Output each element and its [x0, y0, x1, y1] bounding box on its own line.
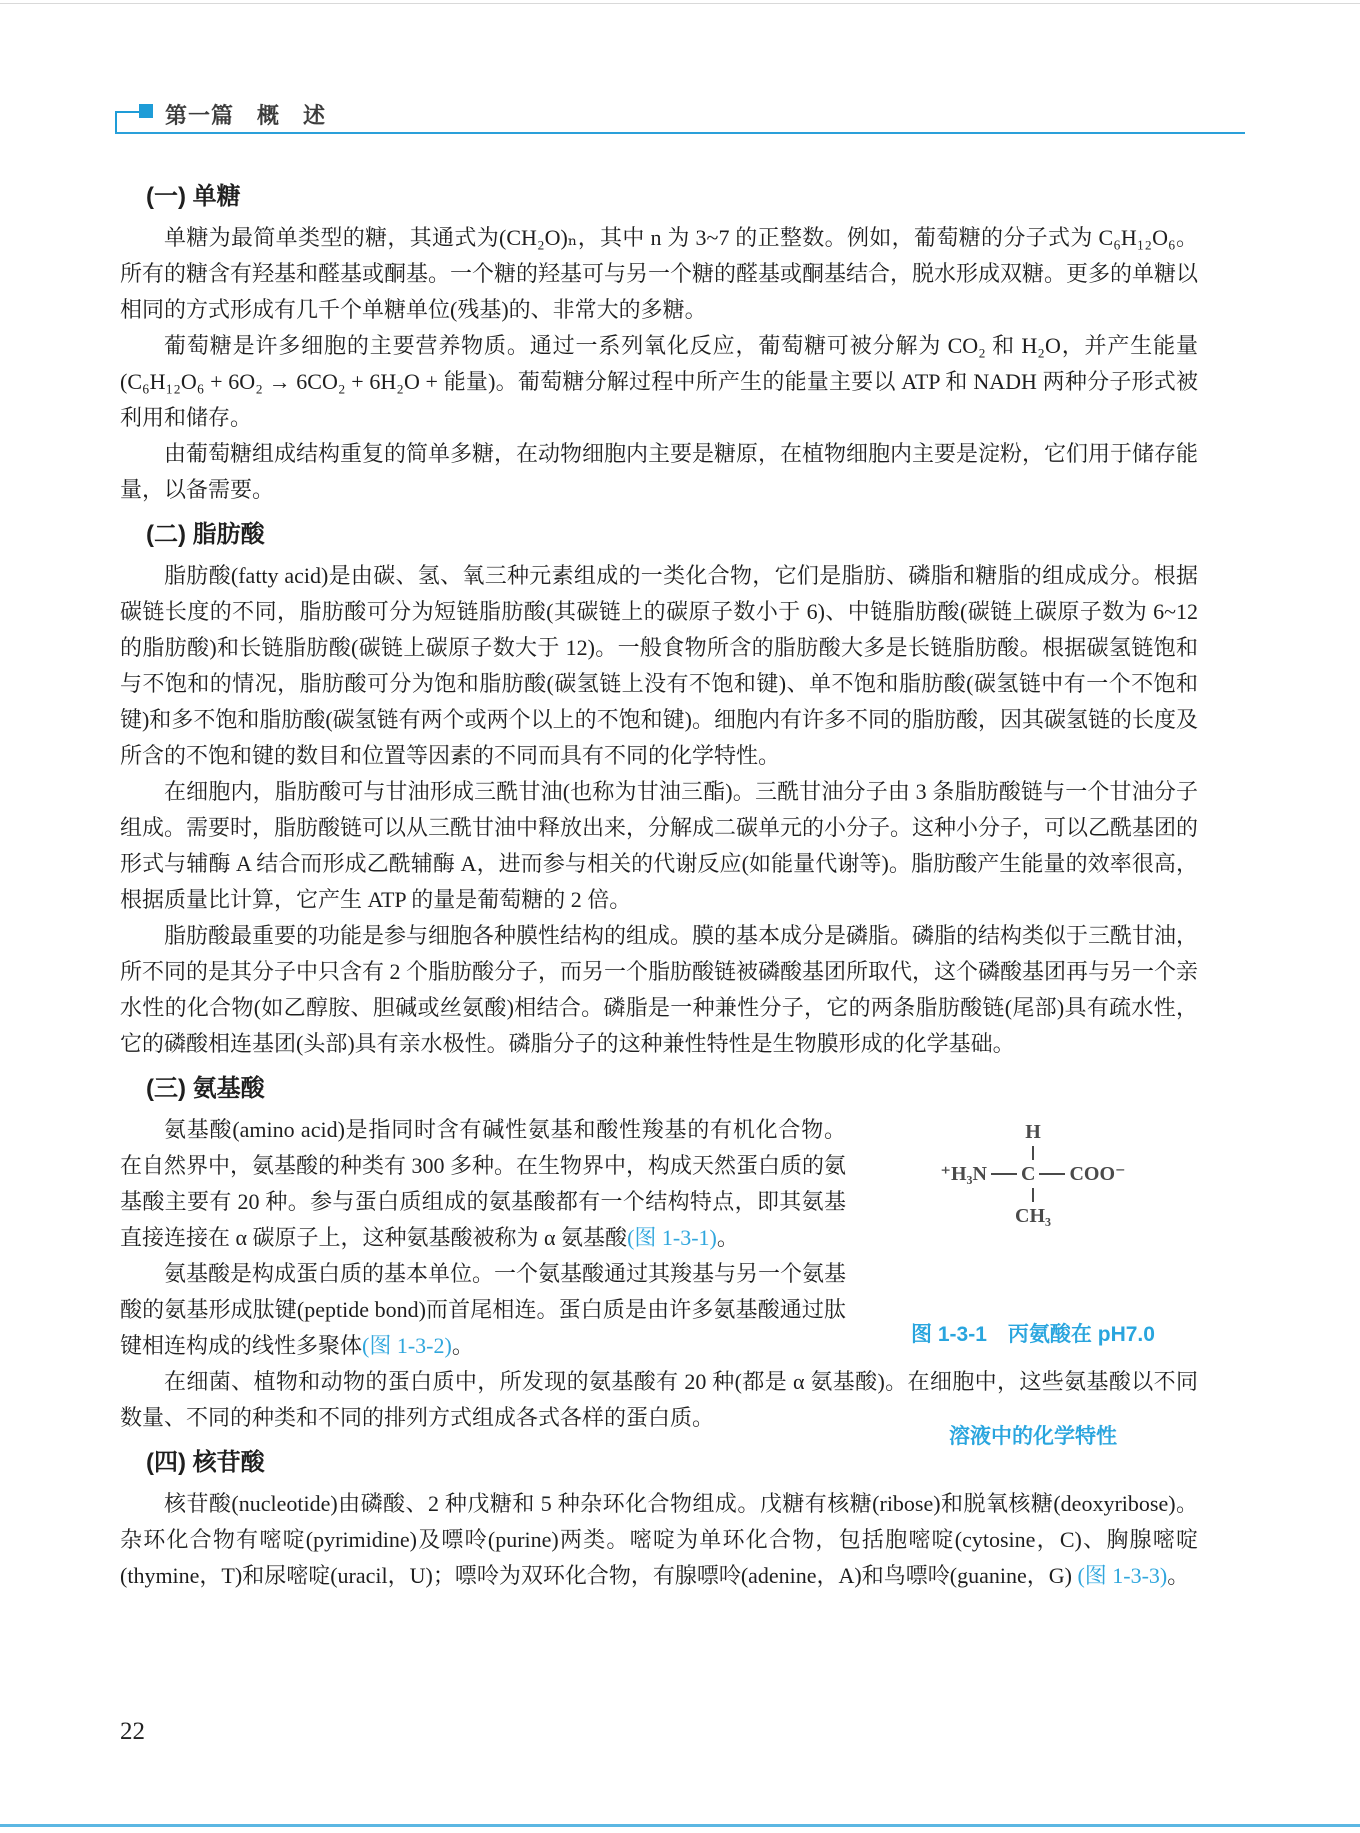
- top-edge-line: [0, 3, 1360, 4]
- paragraph-text: 氨基酸是构成蛋白质的基本单位。一个氨基酸通过其羧基与另一个氨基酸的氨基形成肽键(…: [120, 1261, 846, 1358]
- header-rule: [115, 132, 1245, 134]
- figure-ref-1-3-1[interactable]: (图 1-3-1): [627, 1225, 717, 1250]
- book-page: 第一篇 概 述 (一) 单糖 单糖为最简单类型的糖，其通式为(CH₂O)ₙ，其中…: [0, 0, 1360, 1833]
- page-content: (一) 单糖 单糖为最简单类型的糖，其通式为(CH₂O)ₙ，其中 n 为 3~7…: [120, 170, 1198, 1594]
- section-heading-amino-acid: (三) 氨基酸: [146, 1072, 1198, 1106]
- paragraph: 核苷酸(nucleotide)由磷酸、2 种戊糖和 5 种杂环化合物组成。戊糖有…: [120, 1486, 1198, 1594]
- structure-alpha-carbon: C: [1021, 1164, 1035, 1184]
- vertical-bond: [1032, 1188, 1034, 1202]
- figure-caption-line2: 溶液中的化学特性: [868, 1420, 1198, 1454]
- running-head: 第一篇 概 述: [115, 96, 1245, 134]
- paragraph: 由葡萄糖组成结构重复的简单多糖，在动物细胞内主要是糖原，在植物细胞内主要是淀粉，…: [120, 436, 1198, 508]
- structure-hydrogen: H: [868, 1122, 1198, 1142]
- paragraph-text: 。: [1167, 1563, 1189, 1588]
- structure-amino-group: ⁺H₃N: [940, 1164, 987, 1184]
- horizontal-bond: [991, 1173, 1017, 1175]
- corner-mark-line-icon: [115, 111, 117, 132]
- paragraph: 单糖为最简单类型的糖，其通式为(CH₂O)ₙ，其中 n 为 3~7 的正整数。例…: [120, 220, 1198, 328]
- corner-mark-line-icon: [115, 111, 141, 113]
- figure-ref-1-3-3[interactable]: (图 1-3-3): [1077, 1563, 1167, 1588]
- corner-square-icon: [139, 104, 153, 118]
- page-number: 22: [120, 1718, 145, 1746]
- section-heading-monosaccharide: (一) 单糖: [146, 180, 1198, 214]
- structure-carboxyl-group: COO⁻: [1069, 1164, 1125, 1184]
- paragraph-text: 。: [717, 1225, 739, 1250]
- paragraph: 在细胞内，脂肪酸可与甘油形成三酰甘油(也称为甘油三酯)。三酰甘油分子由 3 条脂…: [120, 774, 1198, 918]
- paragraph: 脂肪酸最重要的功能是参与细胞各种膜性结构的组成。膜的基本成分是磷脂。磷脂的结构类…: [120, 918, 1198, 1062]
- paragraph-text: 。: [452, 1333, 474, 1358]
- paragraph: 葡萄糖是许多细胞的主要营养物质。通过一系列氧化反应，葡萄糖可被分解为 CO₂ 和…: [120, 328, 1198, 436]
- structure-main-chain: ⁺H₃N C COO⁻: [868, 1164, 1198, 1184]
- vertical-bond: [1032, 1146, 1034, 1160]
- figure-ref-1-3-2[interactable]: (图 1-3-2): [362, 1333, 452, 1358]
- paragraph: 脂肪酸(fatty acid)是由碳、氢、氧三种元素组成的一类化合物，它们是脂肪…: [120, 558, 1198, 774]
- section-heading-fatty-acid: (二) 脂肪酸: [146, 518, 1198, 552]
- figure-caption-line1: 图 1-3-1 丙氨酸在 pH7.0: [868, 1318, 1198, 1352]
- horizontal-bond: [1039, 1173, 1065, 1175]
- alanine-structure: H ⁺H₃N C COO⁻ CH₃: [868, 1122, 1198, 1226]
- paragraph-text: 核苷酸(nucleotide)由磷酸、2 种戊糖和 5 种杂环化合物组成。戊糖有…: [120, 1491, 1198, 1588]
- bottom-edge-line: [0, 1824, 1360, 1827]
- figure-1-3-1: H ⁺H₃N C COO⁻ CH₃ 图 1-3-1 丙氨酸在 pH7.0 溶液中…: [868, 1114, 1198, 1362]
- chapter-title: 第一篇 概 述: [165, 99, 326, 130]
- structure-methyl-group: CH₃: [868, 1206, 1198, 1226]
